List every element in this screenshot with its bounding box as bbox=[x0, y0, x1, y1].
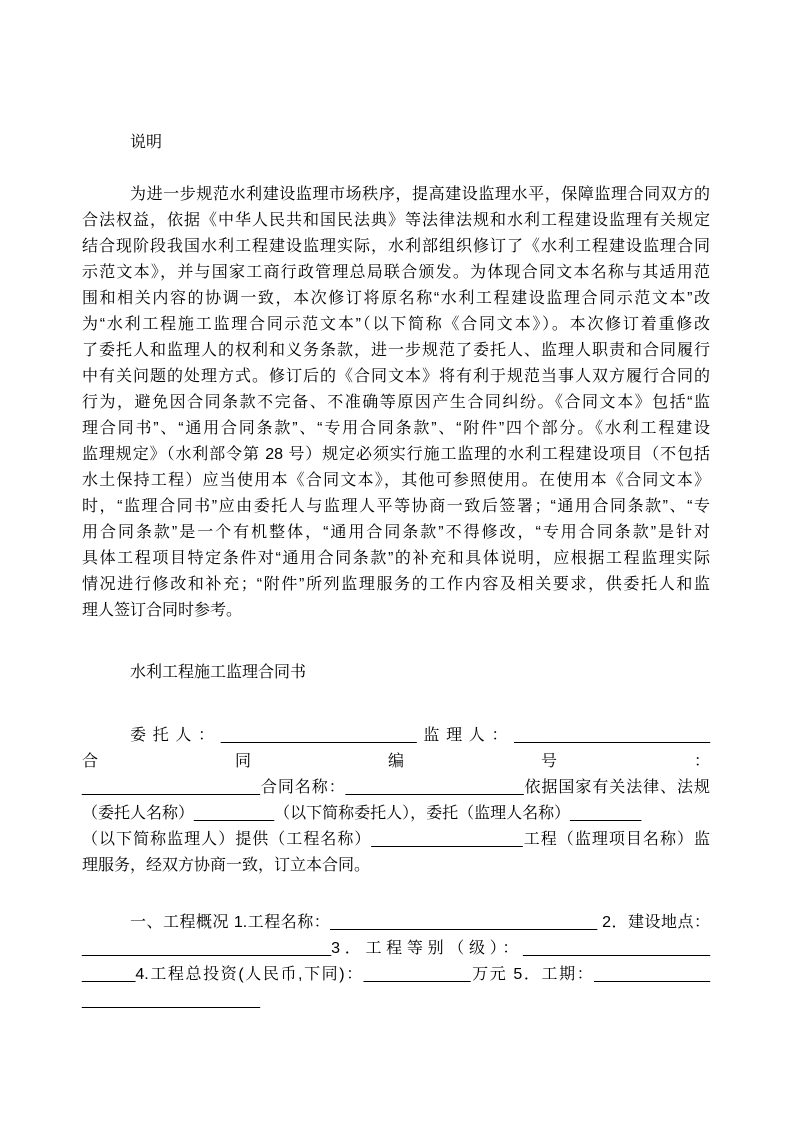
intro-line: 理合同书”、“通用合同条款”、“专用合同条款”、“附件”四个部分。《水利工程建设 bbox=[82, 416, 710, 442]
intro-line: 时，“监理合同书”应由委托人与监理人平等协商一致后签署；“通用合同条款”、“专 bbox=[82, 494, 710, 520]
intro-line: 示范文本》，并与国家工商行政管理总局联合颁发。为体现合同文本名称与其适用范 bbox=[82, 260, 710, 286]
intro-line: 具体工程项目特定条件对“通用合同条款”的补充和具体说明，应根据工程监理实际 bbox=[82, 546, 710, 572]
document-page: 说明 为进一步规范水利建设监理市场秩序，提高建设监理水平，保障监理合同双方的 合… bbox=[0, 0, 793, 1122]
party-line: 理服务，经双方协商一致，订立本合同。 bbox=[82, 853, 710, 879]
party-line: （以下简称监理人）提供（工程名称）_________________工程（监理项… bbox=[82, 827, 710, 853]
overview-line: ____________________________3．工程等别（级）：__… bbox=[82, 936, 710, 962]
intro-line: 监理规定》（水利部令第 28 号）规定必须实行施工监理的水利工程建设项目（不包括 bbox=[82, 442, 710, 468]
intro-line: 行为，避免因合同条款不完备、不准确等原因产生合同纠纷。《合同文本》包括“监 bbox=[82, 390, 710, 416]
overview-line: 一、工程概况 1.工程名称：__________________________… bbox=[82, 910, 710, 936]
intro-line: 为进一步规范水利建设监理市场秩序，提高建设监理水平，保障监理合同双方的 bbox=[82, 182, 710, 208]
intro-line: 理人签订合同时参考。 bbox=[82, 598, 710, 624]
intro-line: 了委托人和监理人的权利和义务条款，进一步规范了委托人、监理人职责和合同履行 bbox=[82, 338, 710, 364]
intro-line: 围和相关内容的协调一致，本次修订将原名称“水利工程建设监理合同示范文本”改 bbox=[82, 286, 710, 312]
contract-party-paragraph: 委托人：______________________监理人：__________… bbox=[82, 723, 710, 879]
document-content: 说明 为进一步规范水利建设监理市场秩序，提高建设监理水平，保障监理合同双方的 合… bbox=[82, 130, 710, 1014]
intro-title: 说明 bbox=[82, 130, 710, 156]
contract-title: 水利工程施工监理合同书 bbox=[82, 660, 710, 686]
intro-line: 合法权益，依据《中华人民共和国民法典》等法律法规和水利工程建设监理有关规定 bbox=[82, 208, 710, 234]
intro-paragraph: 为进一步规范水利建设监理市场秩序，提高建设监理水平，保障监理合同双方的 合法权益… bbox=[82, 182, 710, 624]
party-line: ____________________合同名称：_______________… bbox=[82, 775, 710, 801]
project-overview-paragraph: 一、工程概况 1.工程名称：__________________________… bbox=[82, 910, 710, 1014]
intro-line: 中有关问题的处理方式。修订后的《合同文本》将有利于规范当事人双方履行合同的 bbox=[82, 364, 710, 390]
party-line: 委托人：______________________监理人：__________… bbox=[82, 723, 710, 775]
overview-line: ____________________ bbox=[82, 988, 710, 1014]
intro-line: 水土保持工程）应当使用本《合同文本》，其他可参照使用。在使用本《合同文本》 bbox=[82, 468, 710, 494]
intro-line: 情况进行修改和补充；“附件”所列监理服务的工作内容及相关要求，供委托人和监 bbox=[82, 572, 710, 598]
party-line: （委托人名称）_________（以下简称委托人），委托（监理人名称）_____… bbox=[82, 801, 710, 827]
intro-line: 为“水利工程施工监理合同示范文本”（以下简称《合同文本》）。本次修订着重修改 bbox=[82, 312, 710, 338]
intro-line: 用合同条款”是一个有机整体，“通用合同条款”不得修改，“专用合同条款”是针对 bbox=[82, 520, 710, 546]
overview-line: ______4.工程总投资(人民币,下同)：____________万元 5．工… bbox=[82, 962, 710, 988]
intro-line: 结合现阶段我国水利工程建设监理实际，水利部组织修订了《水利工程建设监理合同 bbox=[82, 234, 710, 260]
